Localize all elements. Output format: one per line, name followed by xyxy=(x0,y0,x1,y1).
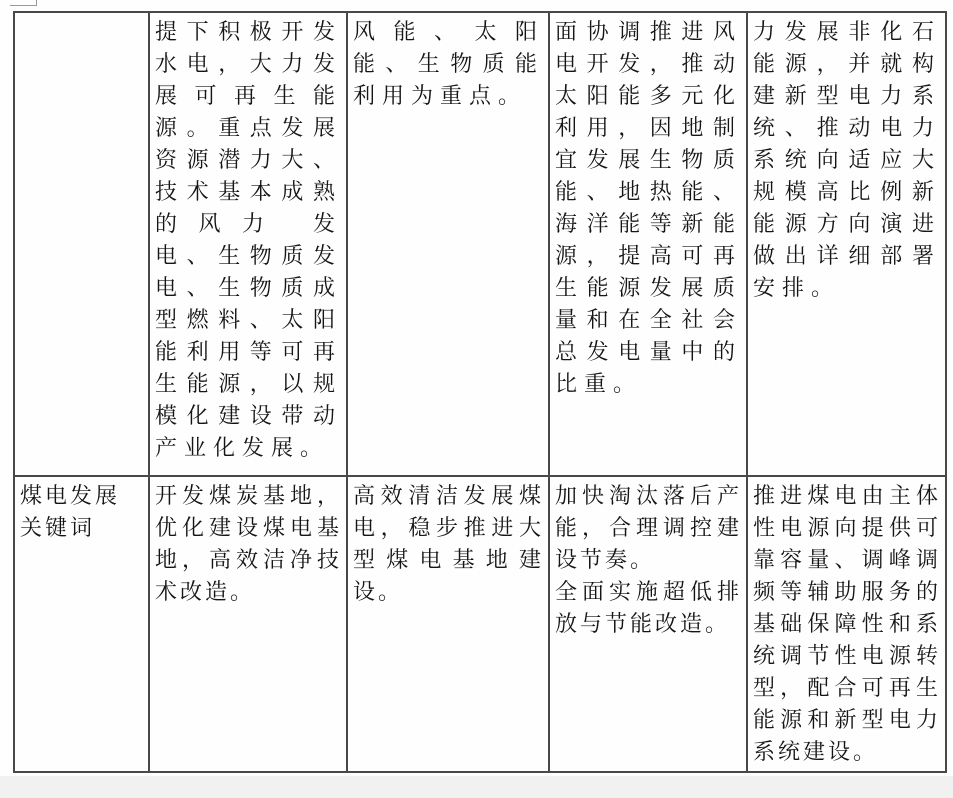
document-page: 提下积极开发水电，大力发展可再生能源。重点发展资源潜力大、技术基本成熟的风力 发… xyxy=(0,0,953,798)
table-row-coal-power-keywords: 煤电发展关键词 开发煤炭基地，优化建设煤电基地，高效洁净技术改造。 高效清洁发展… xyxy=(14,476,946,772)
row-label-cell-coal-keywords: 煤电发展关键词 xyxy=(14,476,149,772)
coal-power-keywords-cell-2: 高效清洁发展煤电，稳步推进大型煤电基地建设。 xyxy=(347,476,549,772)
page-bottom-margin xyxy=(0,776,953,798)
coal-power-keywords-cell-4: 推进煤电由主体性电源向提供可靠容量、调峰调频等辅助服务的基础保障性和系统调节性电… xyxy=(747,476,946,772)
coal-power-keywords-cell-3: 加快淘汰落后产能，合理调控建设节奏。 全面实施超低排放与节能改造。 xyxy=(549,476,747,772)
renewable-development-cell-3: 面协调推进风电开发，推动太阳能多元化利用，因地制宜发展生物质能、地热能、海洋能等… xyxy=(549,12,747,476)
cutoff-ui-fragment xyxy=(10,0,37,6)
policy-comparison-table: 提下积极开发水电，大力发展可再生能源。重点发展资源潜力大、技术基本成熟的风力 发… xyxy=(13,11,947,773)
coal-power-keywords-cell-1: 开发煤炭基地，优化建设煤电基地，高效洁净技术改造。 xyxy=(149,476,347,772)
renewable-development-cell-2: 风能、太阳能、生物质能利用为重点。 xyxy=(347,12,549,476)
renewable-development-cell-1: 提下积极开发水电，大力发展可再生能源。重点发展资源潜力大、技术基本成熟的风力 发… xyxy=(149,12,347,476)
renewable-development-cell-4: 力发展非化石能源，并就构建新型电力系统、推动电力系统向适应大规模高比例新能源方向… xyxy=(747,12,946,476)
table-row-renewable-development: 提下积极开发水电，大力发展可再生能源。重点发展资源潜力大、技术基本成熟的风力 发… xyxy=(14,12,946,476)
row-label-cell-empty xyxy=(14,12,149,476)
